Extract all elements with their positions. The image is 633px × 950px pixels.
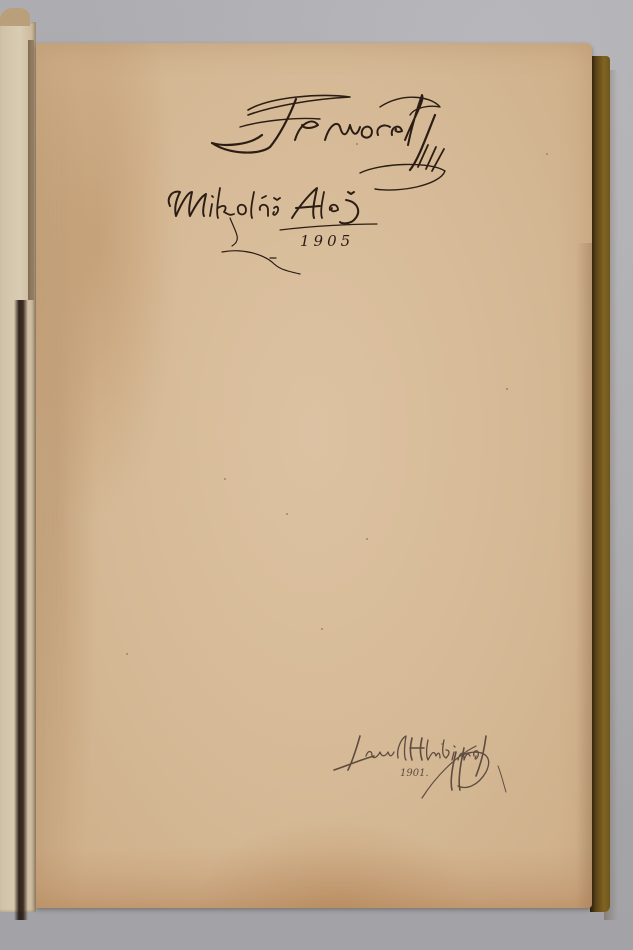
paper-speck [224,478,226,480]
date-bottom-text: 1901. [400,768,429,779]
paper-speck [546,153,548,155]
signature-bottom-handwriting: 1901. [326,726,516,816]
book-cover-board [590,56,610,912]
paper-speck [126,653,128,655]
date-middle-text: 1905 [300,232,354,250]
binding-gutter-top [28,40,34,300]
paper-speck [321,628,323,630]
signature-middle-handwriting: 1905 [162,178,392,283]
paper-speck [286,513,288,515]
paper-speck [366,538,368,540]
page-edge-shading [576,243,592,908]
binding-gutter [14,300,28,920]
paper-speck [506,388,508,390]
